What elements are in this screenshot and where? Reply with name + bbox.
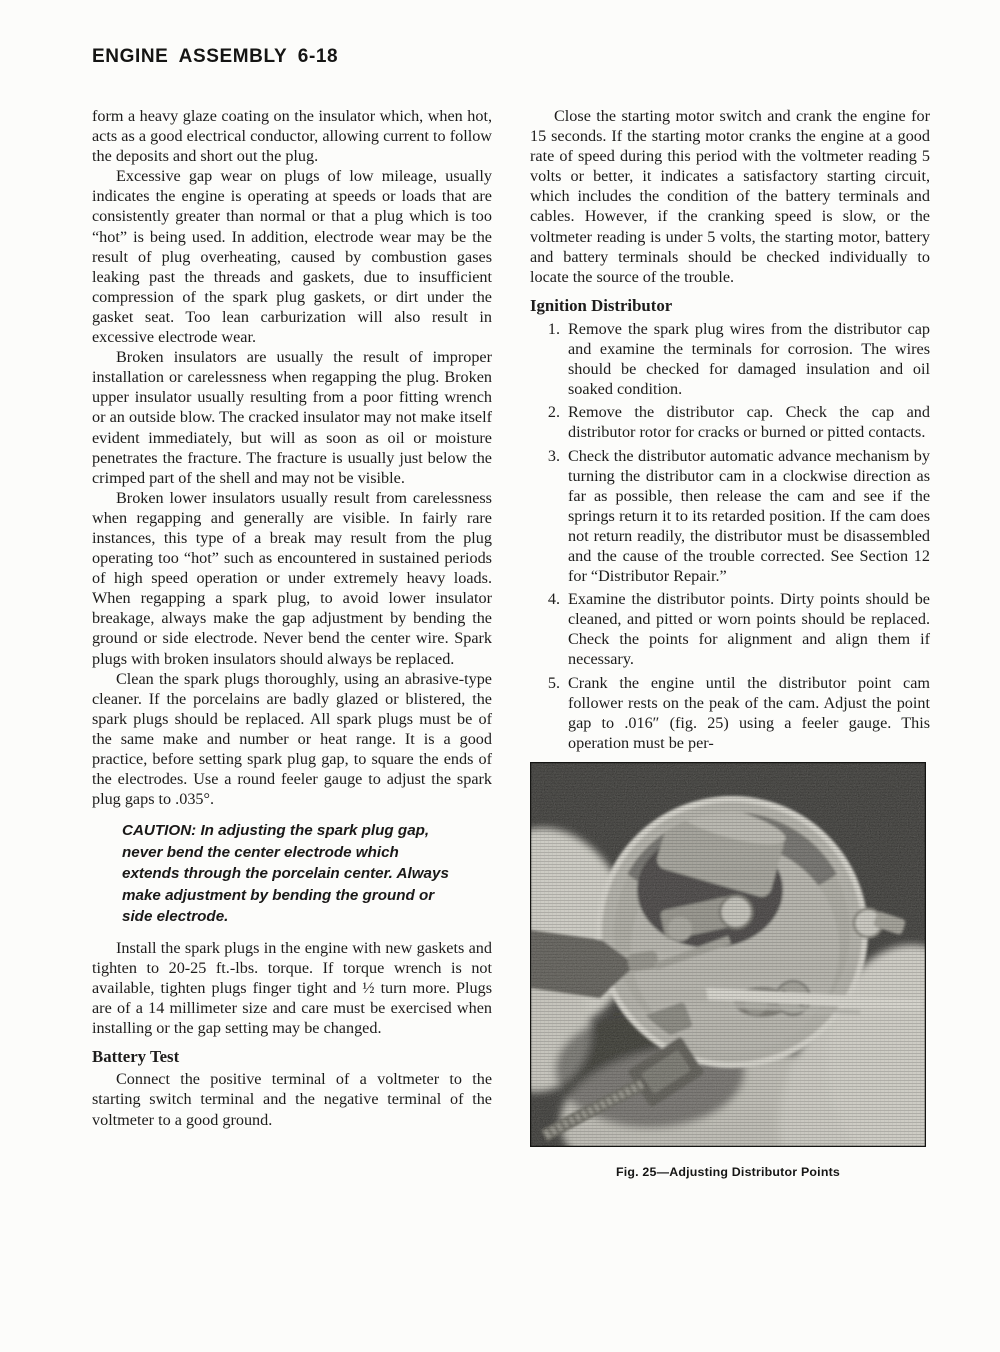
paragraph-broken-lower-insulators: Broken lower insulators usually result f…	[92, 488, 492, 669]
step-2-number: 2.	[536, 402, 560, 422]
figure-25: Fig. 25—Adjusting Distributor Points	[530, 762, 926, 1182]
paragraph-crank-engine: Close the starting motor switch and cran…	[530, 106, 930, 287]
paragraph-battery-test: Connect the positive terminal of a voltm…	[92, 1069, 492, 1129]
step-2-text: Remove the distributor cap. Check the ca…	[568, 403, 930, 441]
step-5-text: Crank the engine until the distributor p…	[568, 674, 930, 752]
step-5: 5. Crank the engine until the distributo…	[530, 673, 930, 753]
step-4: 4. Examine the distributor points. Dirty…	[530, 589, 930, 669]
ignition-distributor-steps: 1. Remove the spark plug wires from the …	[530, 319, 930, 753]
step-1-text: Remove the spark plug wires from the dis…	[568, 320, 930, 398]
caution-block: CAUTION: In adjusting the spark plug gap…	[122, 820, 454, 928]
step-2: 2. Remove the distributor cap. Check the…	[530, 402, 930, 442]
paragraph-clean-plugs: Clean the spark plugs thoroughly, using …	[92, 669, 492, 810]
paragraph-gap-wear: Excessive gap wear on plugs of low milea…	[92, 166, 492, 347]
paragraph-glaze-continuation: form a heavy glaze coating on the insula…	[92, 106, 492, 166]
paragraph-install-plugs: Install the spark plugs in the engine wi…	[92, 938, 492, 1038]
step-1: 1. Remove the spark plug wires from the …	[530, 319, 930, 399]
paragraph-broken-upper-insulators: Broken insulators are usually the result…	[92, 347, 492, 488]
figure-photo-distributor	[530, 762, 926, 1147]
step-5-number: 5.	[536, 673, 560, 693]
right-column: Close the starting motor switch and cran…	[530, 106, 930, 1182]
step-3-text: Check the distributor automatic advance …	[568, 447, 930, 586]
step-4-number: 4.	[536, 589, 560, 609]
ignition-distributor-heading: Ignition Distributor	[530, 296, 930, 316]
step-3-number: 3.	[536, 446, 560, 466]
page-header: ENGINE ASSEMBLY 6-18	[92, 46, 338, 68]
left-column: form a heavy glaze coating on the insula…	[92, 106, 492, 1130]
figure-25-caption: Fig. 25—Adjusting Distributor Points	[530, 1162, 926, 1182]
step-3: 3. Check the distributor automatic advan…	[530, 446, 930, 587]
battery-test-heading: Battery Test	[92, 1047, 492, 1067]
step-1-number: 1.	[536, 319, 560, 339]
step-4-text: Examine the distributor points. Dirty po…	[568, 590, 930, 668]
manual-page: ENGINE ASSEMBLY 6-18 form a heavy glaze …	[0, 0, 1000, 1352]
